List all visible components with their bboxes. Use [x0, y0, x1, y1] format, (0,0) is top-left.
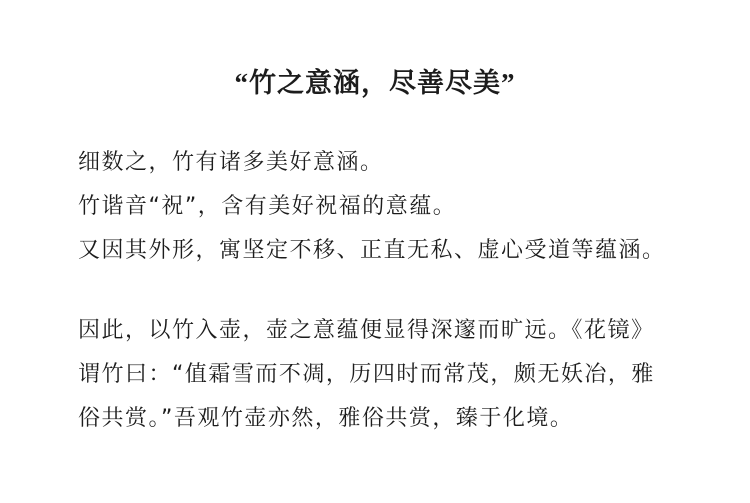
- text-line: 因此，以竹入壶，壶之意蕴便显得深邃而旷远。《花镜》: [78, 309, 690, 353]
- text-line: 细数之，竹有诸多美好意涵。: [78, 141, 690, 185]
- text-line: 俗共赏。”吾观竹壶亦然，雅俗共赏，臻于化境。: [78, 397, 690, 441]
- page-title: “竹之意涵，尽善尽美”: [0, 66, 750, 100]
- paragraph-intro: 细数之，竹有诸多美好意涵。 竹谐音“祝”，含有美好祝福的意蕴。 又因其外形，寓坚…: [78, 141, 690, 273]
- text-line: 又因其外形，寓坚定不移、正直无私、虚心受道等蕴涵。: [78, 229, 690, 273]
- text-line: 竹谐音“祝”，含有美好祝福的意蕴。: [78, 185, 690, 229]
- paragraph-quote: 因此，以竹入壶，壶之意蕴便显得深邃而旷远。《花镜》 谓竹曰：“值霜雪而不凋，历四…: [78, 309, 690, 441]
- text-line: 谓竹曰：“值霜雪而不凋，历四时而常茂，颇无妖冶，雅: [78, 353, 690, 397]
- document-page: “竹之意涵，尽善尽美” 细数之，竹有诸多美好意涵。 竹谐音“祝”，含有美好祝福的…: [0, 0, 750, 503]
